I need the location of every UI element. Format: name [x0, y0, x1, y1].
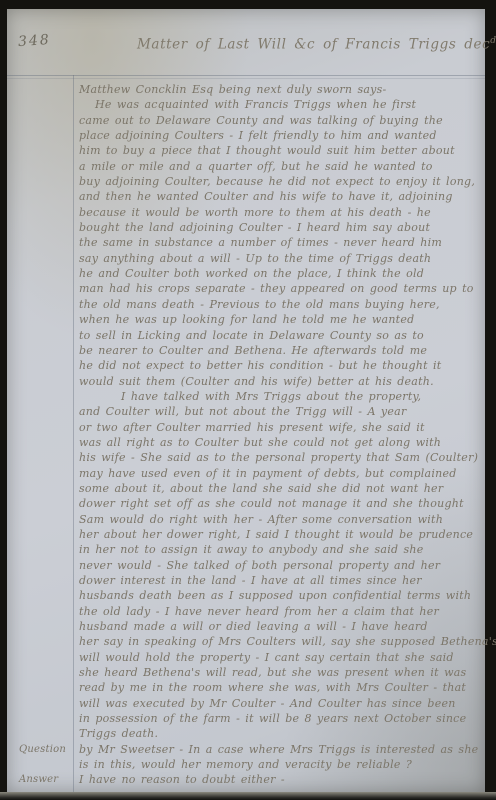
manuscript-line: Answer I have no reason to doubt either … [79, 772, 479, 787]
line-text: may have used even of it in payment of d… [79, 466, 457, 481]
line-text: because it would be worth more to them a… [79, 205, 431, 220]
line-text: by Mr Sweetser - In a case where Mrs Tri… [79, 742, 478, 757]
line-text: some about it, about the land she said s… [79, 481, 443, 496]
line-text: her about her dower right, I said I thou… [79, 527, 473, 542]
line-text: the old lady - I have never heard from h… [79, 604, 439, 619]
line-text: read by me in the room where she was, wi… [79, 680, 466, 695]
manuscript-line: was all right as to Coulter but she coul… [79, 435, 479, 450]
manuscript-line: her say in speaking of Mrs Coulters will… [79, 634, 479, 649]
manuscript-line: He was acquainted with Francis Triggs wh… [79, 97, 479, 112]
page-number: 348 [17, 32, 51, 50]
manuscript-line: and Coulter will, but not about the Trig… [79, 404, 479, 419]
deposition-text: Matthew Concklin Esq being next duly swo… [79, 82, 479, 788]
manuscript-line: her about her dower right, I said I thou… [79, 527, 479, 542]
margin-note: Answer [19, 772, 75, 787]
manuscript-line: will would hold the property - I cant sa… [79, 650, 479, 665]
margin-rule [73, 75, 74, 792]
line-text: I have no reason to doubt either - [79, 772, 285, 787]
page-title-superscript: d [490, 36, 496, 46]
manuscript-line: a mile or mile and a quarter off, but he… [79, 159, 479, 174]
book-edge [0, 792, 496, 800]
line-text: husband made a will or died leaving a wi… [79, 619, 428, 634]
manuscript-line: is in this, would her memory and veracit… [79, 757, 479, 772]
manuscript-line: will was executed by Mr Coulter - And Co… [79, 696, 479, 711]
manuscript-line: man had his crops separate - they appear… [79, 281, 479, 296]
manuscript-line: he and Coulter both worked on the place,… [79, 266, 479, 281]
line-text: or two after Coulter married his present… [79, 420, 425, 435]
manuscript-line: he did not expect to better his conditio… [79, 358, 479, 373]
line-text: dower right set off as she could not man… [79, 496, 464, 511]
manuscript-line: Triggs death. [79, 726, 479, 741]
page-title-text: Matter of Last Will &c of Francis Triggs… [137, 37, 490, 53]
line-text: I have talked with Mrs Triggs about the … [79, 389, 421, 404]
line-text: a mile or mile and a quarter off, but he… [79, 159, 433, 174]
line-text: her say in speaking of Mrs Coulters will… [79, 634, 496, 649]
manuscript-line: the same in substance a number of times … [79, 235, 479, 250]
line-text: would suit them (Coulter and his wife) b… [79, 374, 434, 389]
line-text: say anything about a will - Up to the ti… [79, 251, 431, 266]
header-rule [7, 75, 485, 76]
line-text: and Coulter will, but not about the Trig… [79, 404, 406, 419]
manuscript-line: Question by Mr Sweetser - In a case wher… [79, 742, 479, 757]
line-text: He was acquainted with Francis Triggs wh… [79, 97, 416, 112]
line-text: he did not expect to better his conditio… [79, 358, 441, 373]
manuscript-line: in her not to assign it away to anybody … [79, 542, 479, 557]
line-text: and then he wanted Coulter and his wife … [79, 189, 453, 204]
manuscript-line: buy adjoining Coulter, because he did no… [79, 174, 479, 189]
manuscript-line: his wife - She said as to the personal p… [79, 450, 479, 465]
header-rule-shadow [7, 78, 485, 79]
manuscript-line: husband made a will or died leaving a wi… [79, 619, 479, 634]
line-text: he and Coulter both worked on the place,… [79, 266, 424, 281]
manuscript-line: dower interest in the land - I have at a… [79, 573, 479, 588]
line-text: Matthew Concklin Esq being next duly swo… [79, 82, 387, 97]
manuscript-line: read by me in the room where she was, wi… [79, 680, 479, 695]
line-text: she heard Bethena's will read, but she w… [79, 665, 466, 680]
line-text: place adjoining Coulters - I felt friend… [79, 128, 437, 143]
line-text: came out to Delaware County and was talk… [79, 113, 443, 128]
line-text: in possession of the farm - it will be 8… [79, 711, 466, 726]
manuscript-line: she heard Bethena's will read, but she w… [79, 665, 479, 680]
line-text: buy adjoining Coulter, because he did no… [79, 174, 475, 189]
manuscript-line: or two after Coulter married his present… [79, 420, 479, 435]
line-text: to sell in Licking and locate in Delawar… [79, 328, 424, 343]
margin-note: Question [19, 742, 75, 757]
line-text: him to buy a piece that I thought would … [79, 143, 455, 158]
manuscript-line: in possession of the farm - it will be 8… [79, 711, 479, 726]
manuscript-line: when he was up looking for land he told … [79, 312, 479, 327]
line-text: bought the land adjoining Coulter - I he… [79, 220, 430, 235]
manuscript-line: some about it, about the land she said s… [79, 481, 479, 496]
line-text: Triggs death. [79, 726, 158, 741]
manuscript-line: him to buy a piece that I thought would … [79, 143, 479, 158]
line-text: be nearer to Coulter and Bethena. He aft… [79, 343, 427, 358]
manuscript-line: husbands death been as I supposed upon c… [79, 588, 479, 603]
paper: 348 Matter of Last Will &c of Francis Tr… [7, 9, 485, 792]
line-text: man had his crops separate - they appear… [79, 281, 474, 296]
line-text: will would hold the property - I cant sa… [79, 650, 454, 665]
manuscript-line: never would - She talked of both persona… [79, 558, 479, 573]
line-text: in her not to assign it away to anybody … [79, 542, 424, 557]
manuscript-line: be nearer to Coulter and Bethena. He aft… [79, 343, 479, 358]
line-text: dower interest in the land - I have at a… [79, 573, 422, 588]
line-text: is in this, would her memory and veracit… [79, 757, 412, 772]
line-text: was all right as to Coulter but she coul… [79, 435, 441, 450]
manuscript-line: place adjoining Coulters - I felt friend… [79, 128, 479, 143]
manuscript-line: Matthew Concklin Esq being next duly swo… [79, 82, 479, 97]
manuscript-line: Sam would do right with her - After some… [79, 512, 479, 527]
line-text: never would - She talked of both persona… [79, 558, 440, 573]
page-title: Matter of Last Will &c of Francis Triggs… [137, 36, 455, 53]
manuscript-line: came out to Delaware County and was talk… [79, 113, 479, 128]
manuscript-line: because it would be worth more to them a… [79, 205, 479, 220]
manuscript-line: the old mans death - Previous to the old… [79, 297, 479, 312]
line-text: the same in substance a number of times … [79, 235, 442, 250]
manuscript-line: I have talked with Mrs Triggs about the … [79, 389, 479, 404]
manuscript-line: and then he wanted Coulter and his wife … [79, 189, 479, 204]
line-text: his wife - She said as to the personal p… [79, 450, 478, 465]
manuscript-line: may have used even of it in payment of d… [79, 466, 479, 481]
manuscript-line: would suit them (Coulter and his wife) b… [79, 374, 479, 389]
manuscript-line: dower right set off as she could not man… [79, 496, 479, 511]
scanned-manuscript-page: 348 Matter of Last Will &c of Francis Tr… [0, 0, 496, 800]
line-text: husbands death been as I supposed upon c… [79, 588, 471, 603]
manuscript-line: say anything about a will - Up to the ti… [79, 251, 479, 266]
manuscript-line: the old lady - I have never heard from h… [79, 604, 479, 619]
line-text: will was executed by Mr Coulter - And Co… [79, 696, 456, 711]
line-text: Sam would do right with her - After some… [79, 512, 443, 527]
manuscript-line: bought the land adjoining Coulter - I he… [79, 220, 479, 235]
line-text: the old mans death - Previous to the old… [79, 297, 440, 312]
line-text: when he was up looking for land he told … [79, 312, 414, 327]
manuscript-line: to sell in Licking and locate in Delawar… [79, 328, 479, 343]
